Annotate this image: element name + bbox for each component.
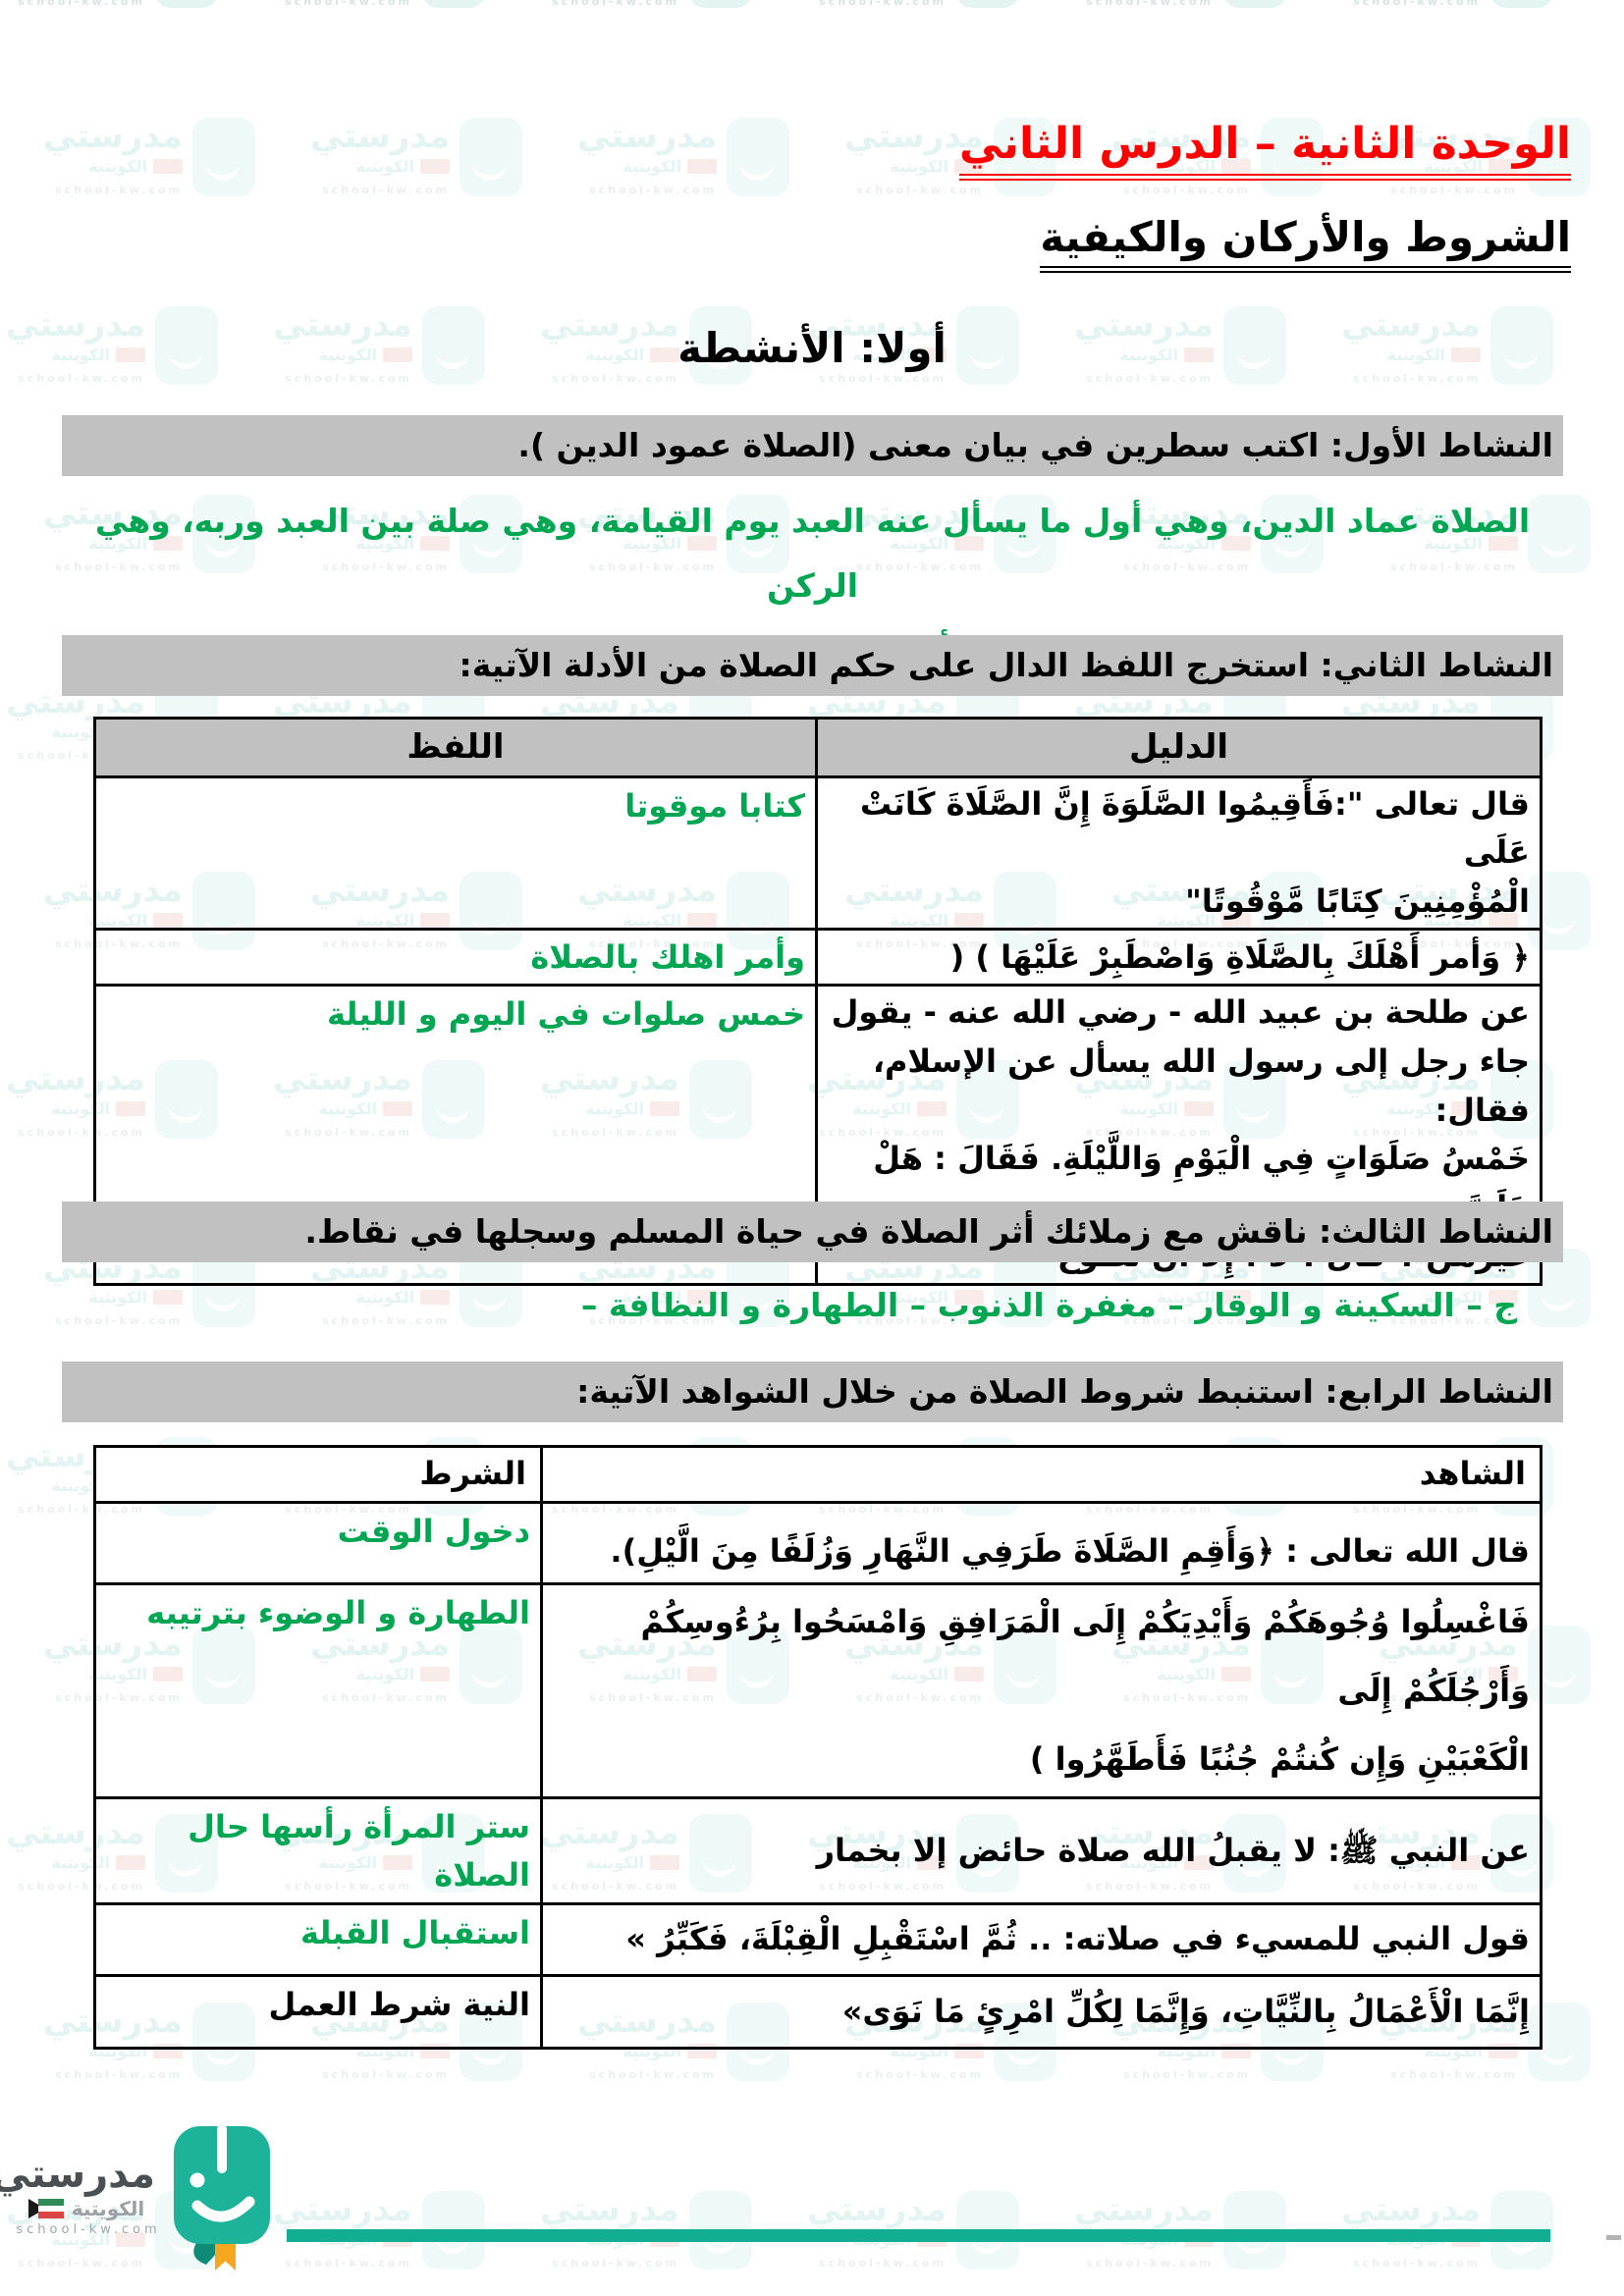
evidence-cell: إِنَّمَا الْأَعْمَالُ بِالنِّيَّاتِ، وَإ… [542, 1975, 1542, 2048]
activity1-header: النشاط الأول: اكتب سطرين في بيان معنى (ا… [62, 415, 1563, 476]
condition-cell: النية شرط العمل [95, 1975, 542, 2048]
section-heading: أولا: الأنشطة [0, 324, 1624, 372]
activity2-header: النشاط الثاني: استخرج اللفظ الدال على حك… [62, 635, 1563, 696]
evidence-cell: قال الله تعالى : ﴿وَأَقِمِ الصَّلَاةَ طَ… [542, 1502, 1542, 1583]
condition-cell: دخول الوقت [95, 1502, 542, 1583]
activity3-header: النشاط الثالث: ناقش مع زملائك أثر الصلاة… [62, 1201, 1563, 1262]
footer-brand-name: مدرستي [18, 2152, 155, 2197]
table-row: قال تعالى ":فَأَقِيمُوا الصَّلَوَةَ إِنَ… [95, 776, 1542, 930]
table-row: قال الله تعالى : ﴿وَأَقِمِ الصَّلَاةَ طَ… [95, 1502, 1542, 1583]
condition-cell: ستر المرأة رأسها حال الصلاة [95, 1797, 542, 1903]
table-row: إِنَّمَا الْأَعْمَالُ بِالنِّيَّاتِ، وَإ… [95, 1975, 1542, 2048]
footer-accent-bar [287, 2229, 1550, 2242]
word-cell: كتابا موقوتا [95, 776, 817, 930]
table-header-row: الشاهد الشرط [95, 1447, 1542, 1503]
lesson-subtitle: الشروط والأركان والكيفية [1040, 212, 1571, 273]
activity3-answer: ج – السكينة و الوقار – مغفرة الذنوب – ال… [62, 1286, 1517, 1324]
kuwait-flag-icon [28, 2199, 64, 2218]
worksheet-content: الوحدة الثانية – الدرس الثاني الشروط وال… [0, 0, 1624, 2296]
evidence-cell: فَاغْسِلُوا وُجُوهَكُمْ وَأَيْدِيَكُمْ إ… [542, 1583, 1542, 1797]
school-mascot-icon [167, 2123, 277, 2272]
word-cell: وأمر اهلك بالصلاة [95, 930, 817, 986]
activity4-header: النشاط الرابع: استنبط شروط الصلاة من خلا… [62, 1362, 1563, 1422]
footer-site-url: school-kw.com [10, 2222, 167, 2237]
evidence-column-header: الشاهد [542, 1447, 1542, 1503]
worksheet-page: مدرستيالكويتيةschool-kw.comمدرستيالكويتي… [0, 0, 1624, 2296]
table-row: ﴿ وَأمر أَهْلَكَ بِالصَّلَاةِ وَاصْطَبِر… [95, 930, 1542, 986]
table-header-row: الدليل اللفظ [95, 719, 1542, 777]
evidence-cell: قول النبي للمسيء في صلاته: .. ثُمَّ اسْت… [542, 1903, 1542, 1975]
table-row: قول النبي للمسيء في صلاته: .. ثُمَّ اسْت… [95, 1903, 1542, 1975]
condition-column-header: الشرط [95, 1447, 542, 1503]
evidence-column-header: الدليل [817, 719, 1542, 777]
evidence-cell: ﴿ وَأمر أَهْلَكَ بِالصَّلَاةِ وَاصْطَبِر… [817, 930, 1542, 986]
unit-lesson-title: الوحدة الثانية – الدرس الثاني [959, 118, 1571, 181]
table-row: عن النبي ﷺ: لا يقبلُ الله صلاة حائض إلا … [95, 1797, 1542, 1903]
footer-brand-sub: الكويتية [72, 2197, 145, 2220]
condition-evidence-table: الشاهد الشرط قال الله تعالى : ﴿وَأَقِمِ … [93, 1445, 1543, 2050]
footer-page-dash [1606, 2235, 1621, 2240]
evidence-cell: قال تعالى ":فَأَقِيمُوا الصَّلَوَةَ إِنَ… [817, 776, 1542, 930]
evidence-cell: عن النبي ﷺ: لا يقبلُ الله صلاة حائض إلا … [542, 1797, 1542, 1903]
condition-cell: استقبال القبلة [95, 1903, 542, 1975]
condition-cell: الطهارة و الوضوء بترتيبه [95, 1583, 542, 1797]
footer-brand-subrow: الكويتية [18, 2197, 155, 2220]
table-row: فَاغْسِلُوا وُجُوهَكُمْ وَأَيْدِيَكُمْ إ… [95, 1583, 1542, 1797]
word-column-header: اللفظ [95, 719, 817, 777]
